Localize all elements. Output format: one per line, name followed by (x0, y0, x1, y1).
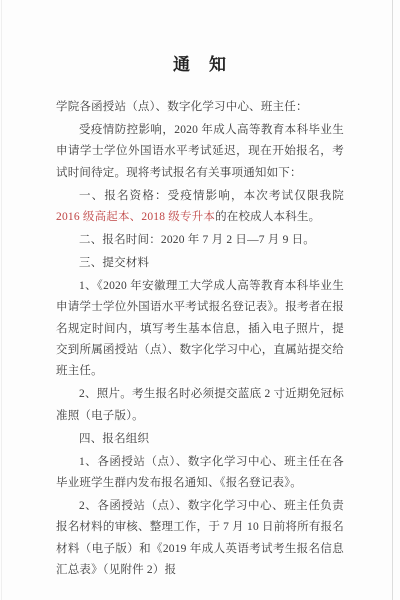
text-run: 2、各函授站（点）、数字化学习中心、班主任负责报名材料的审核、整理工作，于 7 … (56, 500, 344, 576)
paragraph-item-1-eligibility: 一、报名资格：受疫情影响，本次考试仅限我院 2016 级高起本、2018 级专升… (56, 186, 344, 229)
page-left-edge-line (1, 0, 2, 600)
paragraph-intro: 受疫情防控影响，2020 年成人高等教育本科毕业生申请学士学位外国语水平考试延迟… (56, 120, 344, 184)
salutation: 学院各函授站（点）、数字化学习中心、班主任： (56, 97, 344, 118)
paragraph-item-3-materials: 三、提交材料 (56, 253, 344, 274)
text-run: 一、报名资格：受疫情影响，本次考试仅限我院 (79, 190, 344, 202)
highlight-red-text: 2016 级高起本、2018 级专升本 (56, 211, 215, 223)
paragraph-item-4-organization: 四、报名组织 (56, 429, 344, 450)
text-run: 三、提交材料 (79, 257, 149, 269)
page-right-edge-line (392, 0, 393, 600)
paragraph-organization-2-review: 2、各函授站（点）、数字化学习中心、班主任负责报名材料的审核、整理工作，于 7 … (56, 496, 344, 582)
notice-page: 通 知 学院各函授站（点）、数字化学习中心、班主任： 受疫情防控影响，2020 … (0, 0, 400, 600)
text-run: 1、各函授站（点）、数字化学习中心、班主任在各毕业班学生群内发布报名通知、《报名… (56, 456, 344, 489)
text-run: 二、报名时间：2020 年 7 月 2 日—7 月 9 日。 (79, 234, 315, 246)
text-run: 2、照片。考生报名时必须提交蓝底 2 寸近期免冠标准照（电子版）。 (56, 388, 344, 421)
text-run: 受疫情防控影响，2020 年成人高等教育本科毕业生申请学士学位外国语水平考试延迟… (56, 124, 344, 179)
paragraph-organization-1-publish: 1、各函授站（点）、数字化学习中心、班主任在各毕业班学生群内发布报名通知、《报名… (56, 452, 344, 495)
text-run: 四、报名组织 (79, 433, 149, 445)
text-run: 的在校成人本科生。 (215, 211, 320, 223)
paragraph-item-2-time: 二、报名时间：2020 年 7 月 2 日—7 月 9 日。 (56, 230, 344, 251)
notice-body: 学院各函授站（点）、数字化学习中心、班主任： 受疫情防控影响，2020 年成人高… (56, 97, 344, 581)
notice-title: 通 知 (0, 0, 400, 75)
paragraph-materials-2-photo: 2、照片。考生报名时必须提交蓝底 2 寸近期免冠标准照（电子版）。 (56, 384, 344, 427)
text-run: 1、《2020 年安徽理工大学成人高等教育本科毕业生申请学士学位外国语水平考试报… (56, 280, 344, 378)
paragraph-materials-1-form: 1、《2020 年安徽理工大学成人高等教育本科毕业生申请学士学位外国语水平考试报… (56, 276, 344, 383)
